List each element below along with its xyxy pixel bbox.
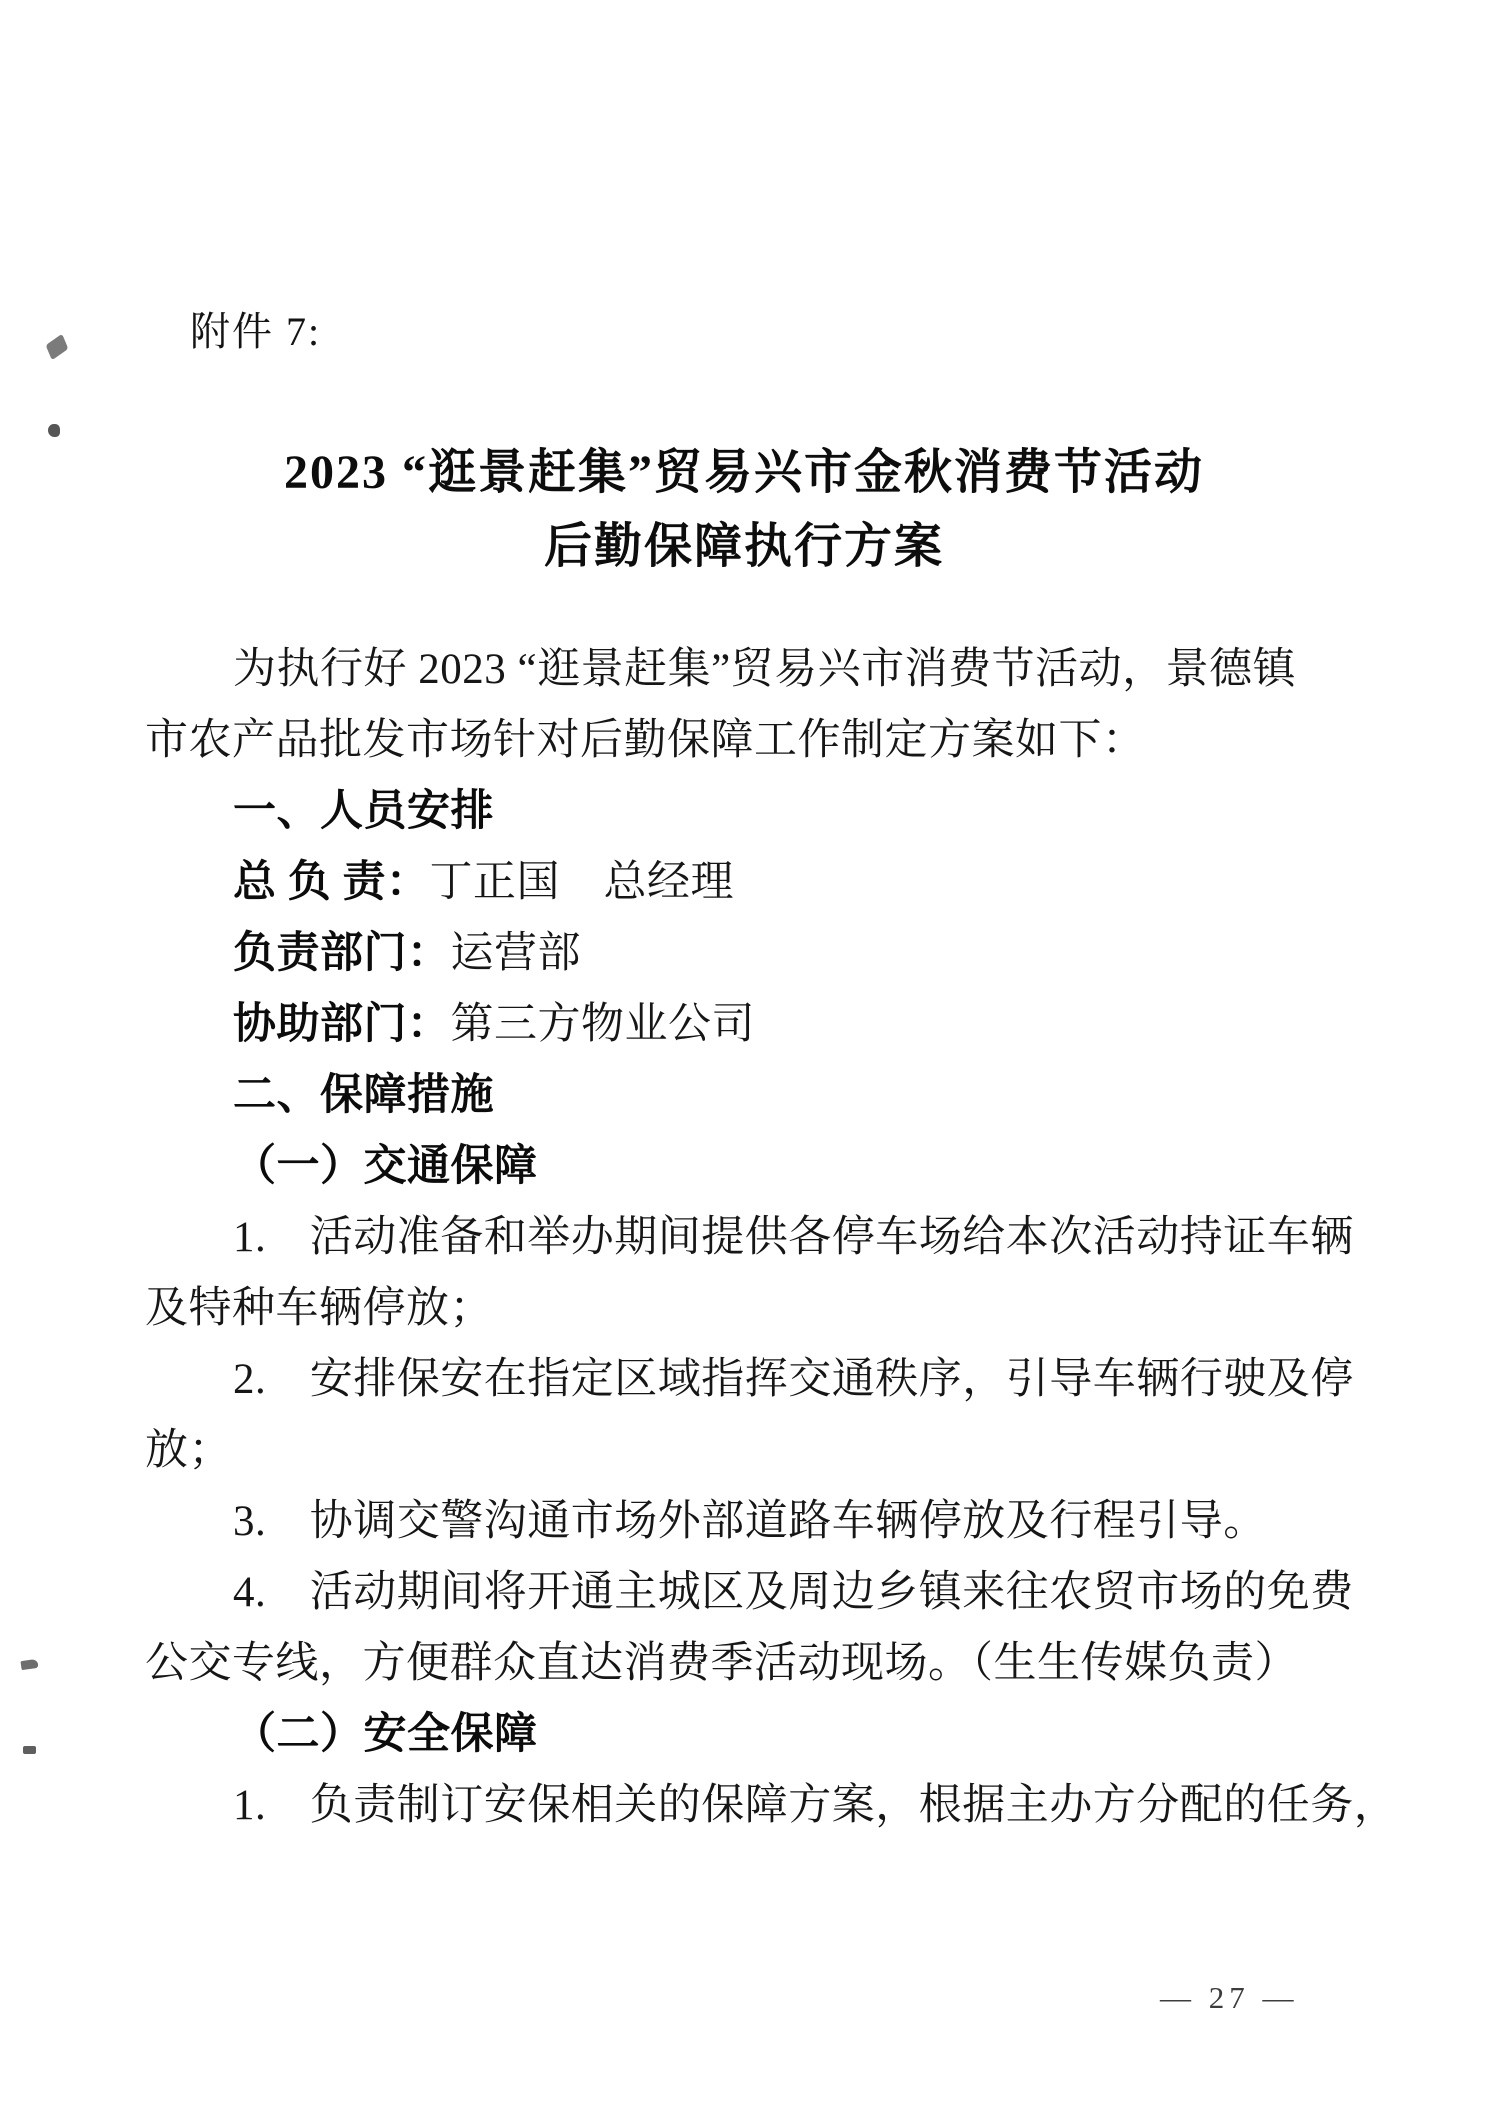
attachment-label: 附件 7: xyxy=(190,300,321,357)
document-title: 2023 “逛景赶集”贸易兴市金秋消费节活动 后勤保障执行方案 xyxy=(0,436,1488,584)
scan-speck xyxy=(23,1746,36,1754)
scanned-document-page: 附件 7: 2023 “逛景赶集”贸易兴市金秋消费节活动 后勤保障执行方案 为执… xyxy=(0,0,1488,2104)
intro-line-1: 为执行好 2023 “逛景赶集”贸易兴市消费节活动，景德镇 xyxy=(145,634,1350,705)
traffic-item-2-line-1: 2. 安排保安在指定区域指挥交通秩序，引导车辆行驶及停 xyxy=(145,1344,1350,1415)
scan-speck xyxy=(20,1659,38,1670)
security-item-1-line-1: 1. 负责制订安保相关的保障方案，根据主办方分配的任务， xyxy=(145,1770,1350,1841)
kv-value-chief: 丁正国 总经理 xyxy=(430,859,735,906)
traffic-item-2-line-2: 放； xyxy=(145,1415,1350,1486)
section-1-heading: 一、人员安排 xyxy=(145,776,1350,847)
document-title-line-2: 后勤保障执行方案 xyxy=(0,510,1488,584)
document-body: 为执行好 2023 “逛景赶集”贸易兴市消费节活动，景德镇 市农产品批发市场针对… xyxy=(145,634,1350,1841)
page-number: — 27 — xyxy=(1160,1980,1299,2016)
scan-speck xyxy=(46,334,69,361)
traffic-item-1-line-1: 1. 活动准备和举办期间提供各停车场给本次活动持证车辆 xyxy=(145,1202,1350,1273)
section-2-heading: 二、保障措施 xyxy=(145,1060,1350,1131)
kv-label-dept: 负责部门： xyxy=(233,930,451,977)
document-title-line-1: 2023 “逛景赶集”贸易兴市金秋消费节活动 xyxy=(0,436,1488,510)
kv-label-assist: 协助部门： xyxy=(233,1001,451,1048)
traffic-item-1-line-2: 及特种车辆停放； xyxy=(145,1273,1350,1344)
kv-line-assist: 协助部门：第三方物业公司 xyxy=(145,989,1350,1060)
traffic-item-4-line-2: 公交专线，方便群众直达消费季活动现场。（生生传媒负责） xyxy=(145,1628,1350,1699)
subsection-security-heading: （二）安全保障 xyxy=(145,1699,1350,1770)
traffic-item-4-line-1: 4. 活动期间将开通主城区及周边乡镇来往农贸市场的免费 xyxy=(145,1557,1350,1628)
subsection-traffic-heading: （一）交通保障 xyxy=(145,1131,1350,1202)
kv-value-dept: 运营部 xyxy=(451,930,582,977)
kv-label-chief: 总 负 责： xyxy=(233,859,430,906)
traffic-item-3: 3. 协调交警沟通市场外部道路车辆停放及行程引导。 xyxy=(145,1486,1350,1557)
kv-line-chief: 总 负 责：丁正国 总经理 xyxy=(145,847,1350,918)
intro-line-2: 市农产品批发市场针对后勤保障工作制定方案如下： xyxy=(145,705,1350,776)
kv-value-assist: 第三方物业公司 xyxy=(451,1001,756,1048)
kv-line-dept: 负责部门：运营部 xyxy=(145,918,1350,989)
